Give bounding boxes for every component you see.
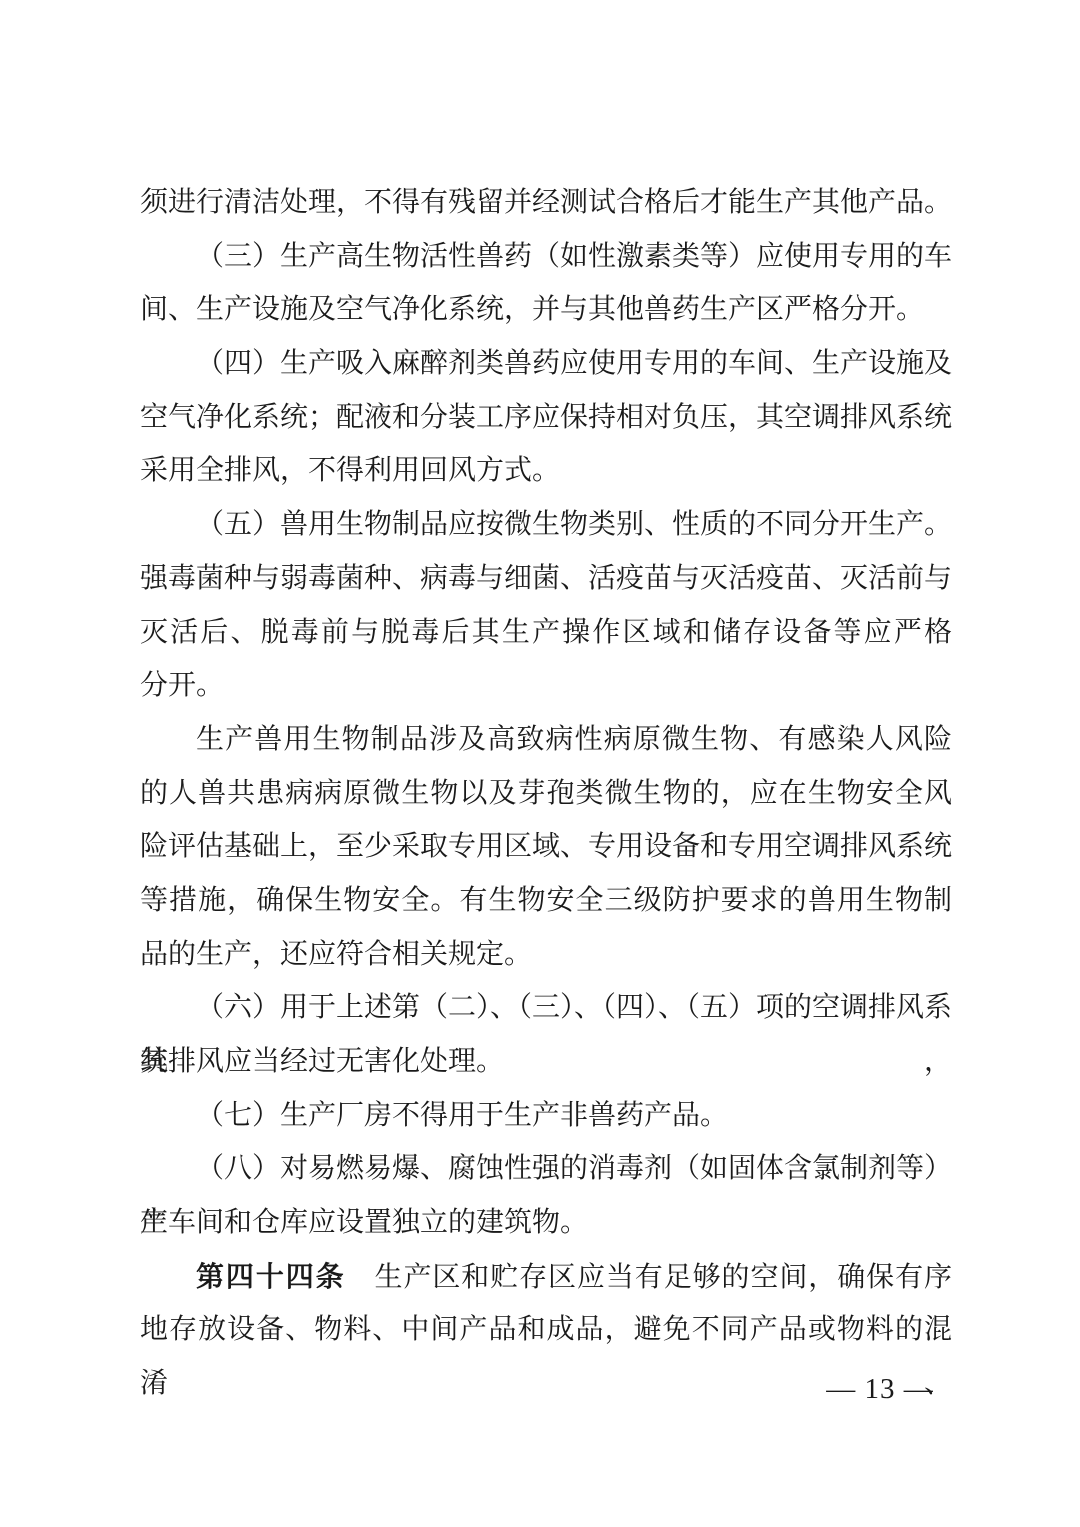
document-body: 须进行清洁处理，不得有残留并经测试合格后才能生产其他产品。（三）生产高生物活性兽… [140,176,952,1357]
text-line: 灭活后、脱毒前与脱毒后其生产操作区域和储存设备等应严格 [140,606,952,660]
text-line: 第四十四条 生产区和贮存区应当有足够的空间，确保有序 [140,1250,952,1304]
text-line: （七）生产厂房不得用于生产非兽药产品。 [140,1089,952,1143]
text-line: 分开。 [140,659,952,713]
text-line: 的人兽共患病病原微生物以及芽孢类微生物的，应在生物安全风 [140,767,952,821]
text-line: 须进行清洁处理，不得有残留并经测试合格后才能生产其他产品。 [140,176,952,230]
text-line: 品的生产，还应符合相关规定。 [140,928,952,982]
text-line: 地存放设备、物料、中间产品和成品，避免不同产品或物料的混淆、 [140,1303,952,1357]
text-line: 产车间和仓库应设置独立的建筑物。 [140,1196,952,1250]
text-line: 强毒菌种与弱毒菌种、病毒与细菌、活疫苗与灭活疫苗、灭活前与 [140,552,952,606]
text-line: （八）对易燃易爆、腐蚀性强的消毒剂（如固体含氯制剂等）生 [140,1142,952,1196]
article-number-heading: 第四十四条 [196,1261,346,1292]
text-line: 等措施，确保生物安全。有生物安全三级防护要求的兽用生物制 [140,874,952,928]
text-line: 采用全排风，不得利用回风方式。 [140,444,952,498]
text-line-content: 生产区和贮存区应当有足够的空间，确保有序 [346,1262,952,1293]
text-line: 生产兽用生物制品涉及高致病性病原微生物、有感染人风险 [140,713,952,767]
text-line: 间、生产设施及空气净化系统，并与其他兽药生产区严格分开。 [140,283,952,337]
text-line: （六）用于上述第（二）、（三）、（四）、（五）项的空调排风系统， [140,981,952,1035]
page-number: — 13 — [818,1363,942,1416]
text-line: （五）兽用生物制品应按微生物类别、性质的不同分开生产。 [140,498,952,552]
text-line: （三）生产高生物活性兽药（如性激素类等）应使用专用的车 [140,230,952,284]
text-line: 险评估基础上，至少采取专用区域、专用设备和专用空调排风系统 [140,820,952,874]
text-line: （四）生产吸入麻醉剂类兽药应使用专用的车间、生产设施及 [140,337,952,391]
text-line: 空气净化系统；配液和分装工序应保持相对负压，其空调排风系统 [140,391,952,445]
document-page: 须进行清洁处理，不得有残留并经测试合格后才能生产其他产品。（三）生产高生物活性兽… [0,0,1080,1527]
